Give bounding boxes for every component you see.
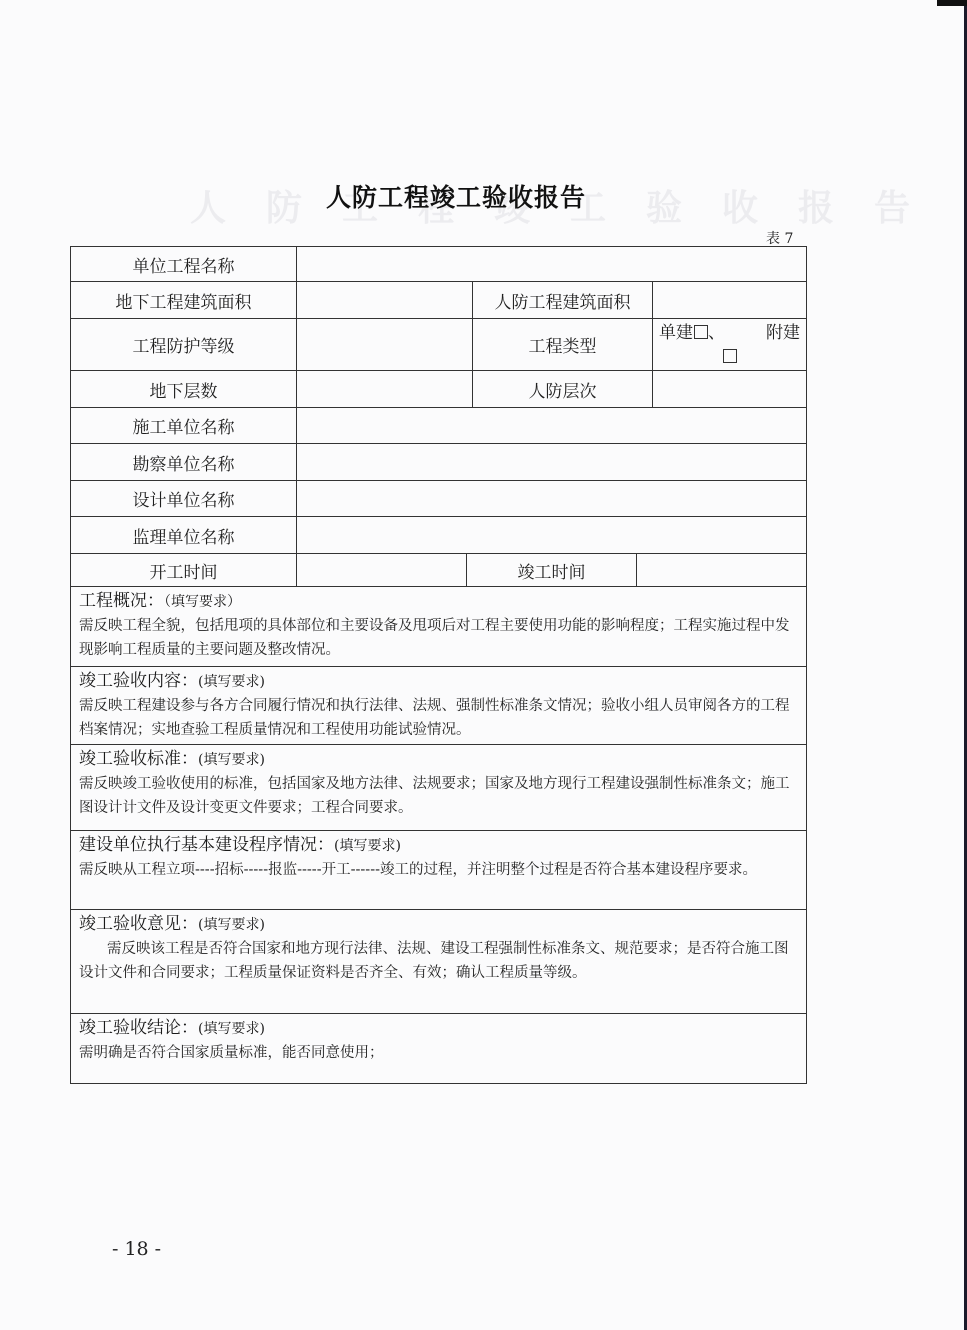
row-survey-unit: 勘察单位名称 [71,444,806,481]
label-construction-unit: 施工单位名称 [71,408,297,443]
section-requirement: （填写要求） [164,594,241,610]
section-instructions: 需反映该工程是否符合国家和地方现行法律、法规、建设工程强制性标准条文、规范要求；… [79,937,798,985]
section-acceptance-opinion[interactable]: 竣工验收意见：(填写要求) 需反映该工程是否符合国家和地方现行法律、法规、建设工… [71,910,806,1014]
label-civil-defense-area: 人防工程建筑面积 [473,282,653,318]
option-standalone-label: 单建 [659,323,693,343]
field-construction-unit[interactable] [297,408,806,443]
label-design-unit: 设计单位名称 [71,481,297,516]
section-acceptance-standards[interactable]: 竣工验收标准：(填写要求) 需反映竣工验收使用的标准，包括国家及地方法律、法规要… [71,745,806,831]
section-requirement: (填写要求) [198,917,265,933]
row-supervision-unit: 监理单位名称 [71,517,806,554]
attached-checkbox[interactable] [723,349,737,363]
section-requirement: (填写要求) [198,674,265,690]
label-completion-time: 竣工时间 [467,554,637,586]
section-requirement: (填写要求) [198,1021,265,1037]
label-survey-unit: 勘察单位名称 [71,444,297,480]
acceptance-report-form: 单位工程名称 地下工程建筑面积 人防工程建筑面积 工程防护等级 工程类型 单建、… [70,246,807,1084]
row-construction-unit: 施工单位名称 [71,408,806,444]
field-underground-floors[interactable] [297,371,473,407]
document-title: 人防工程竣工验收报告 [326,178,586,214]
row-floors: 地下层数 人防层次 [71,371,806,408]
page-number: - 18 - [112,1238,161,1260]
section-heading: 竣工验收结论： [79,1018,198,1038]
label-protection-level: 工程防护等级 [71,319,297,370]
label-project-type: 工程类型 [473,319,653,370]
field-protection-level[interactable] [297,319,473,370]
standalone-checkbox[interactable] [694,325,708,339]
section-requirement: (填写要求) [334,838,401,854]
field-design-unit[interactable] [297,481,806,516]
field-supervision-unit[interactable] [297,517,806,553]
row-design-unit: 设计单位名称 [71,481,806,517]
field-civil-defense-floor[interactable] [653,371,806,407]
section-heading: 竣工验收意见： [79,914,198,934]
label-underground-floors: 地下层数 [71,371,297,407]
label-underground-area: 地下工程建筑面积 [71,282,297,318]
table-number: 表 7 [766,228,793,248]
section-construction-procedure[interactable]: 建设单位执行基本建设程序情况：(填写要求) 需反映从工程立项----招标----… [71,831,806,910]
row-dates: 开工时间 竣工时间 [71,554,806,587]
field-civil-defense-area[interactable] [653,282,806,318]
row-protection-type: 工程防护等级 工程类型 单建、 附建 [71,319,806,371]
section-heading: 竣工验收内容： [79,671,198,691]
section-instructions: 需反映工程全貌，包括甩项的具体部位和主要设备及甩项后对工程主要使用功能的影响程度… [79,614,798,662]
row-unit-name: 单位工程名称 [71,247,806,282]
section-instructions: 需反映竣工验收使用的标准，包括国家及地方法律、法规要求；国家及地方现行工程建设强… [79,772,798,820]
section-requirement: (填写要求) [198,752,265,768]
label-start-time: 开工时间 [71,554,297,586]
option-attached-label: 附建 [766,321,800,345]
project-type-options: 单建、 附建 [653,319,806,370]
section-instructions: 需反映从工程立项----招标-----报监-----开工------竣工的过程，… [79,858,798,882]
label-unit-name: 单位工程名称 [71,247,297,281]
section-heading: 竣工验收标准： [79,749,198,769]
field-unit-name[interactable] [297,247,806,281]
section-heading: 工程概况： [79,591,164,611]
section-instructions: 需明确是否符合国家质量标准，能否同意使用； [79,1041,798,1065]
field-completion-time[interactable] [637,554,806,586]
option-standalone[interactable]: 单建、 [659,321,725,345]
field-survey-unit[interactable] [297,444,806,480]
field-underground-area[interactable] [297,282,473,318]
separator: 、 [708,323,725,343]
label-supervision-unit: 监理单位名称 [71,517,297,553]
section-heading: 建设单位执行基本建设程序情况： [79,835,334,855]
section-project-overview[interactable]: 工程概况：（填写要求） 需反映工程全貌，包括甩项的具体部位和主要设备及甩项后对工… [71,587,806,667]
field-start-time[interactable] [297,554,467,586]
section-acceptance-conclusion[interactable]: 竣工验收结论：(填写要求) 需明确是否符合国家质量标准，能否同意使用； [71,1014,806,1084]
scan-edge-corner [937,0,967,6]
row-area: 地下工程建筑面积 人防工程建筑面积 [71,282,806,319]
section-instructions: 需反映工程建设参与各方合同履行情况和执行法律、法规、强制性标准条文情况；验收小组… [79,694,798,742]
section-acceptance-content[interactable]: 竣工验收内容：(填写要求) 需反映工程建设参与各方合同履行情况和执行法律、法规、… [71,667,806,745]
label-civil-defense-floor: 人防层次 [473,371,653,407]
